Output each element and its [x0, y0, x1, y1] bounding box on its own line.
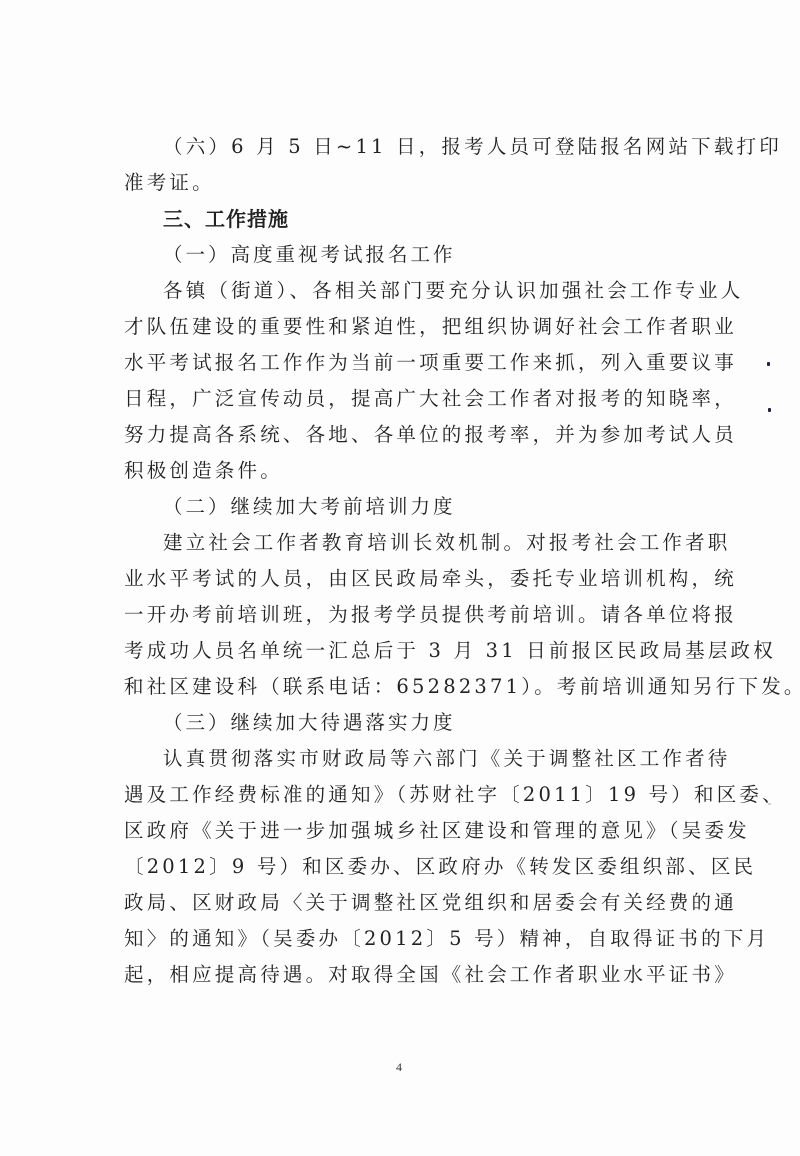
- para-1-line-4: 日程，广泛宣传动员，提高广大社会工作者对报考的知晓率，: [124, 381, 708, 417]
- para-2-line-4: 考成功人员名单统一汇总后于 3 月 31 日前报区民政局基层政权: [124, 633, 708, 669]
- para-3-line-6: 知〉的通知》（吴委办〔2012〕5 号）精神，自取得证书的下月: [124, 921, 708, 957]
- subheading-1: （一）高度重视考试报名工作: [163, 237, 708, 273]
- para-1-line-5: 努力提高各系统、各地、各单位的报考率，并为参加考试人员: [124, 417, 708, 453]
- para-3-line-5: 政局、区财政局〈关于调整社区党组织和居委会有关经费的通: [124, 885, 708, 921]
- para-2-line-1: 建立社会工作者教育培训长效机制。对报考社会工作者职: [163, 525, 708, 561]
- scan-mark-dot: [768, 408, 771, 412]
- heading-work-measures: 三、工作措施: [163, 201, 708, 237]
- page-number: 4: [396, 1060, 402, 1075]
- para-1-line-2: 才队伍建设的重要性和紧迫性，把组织协调好社会工作者职业: [124, 309, 708, 345]
- scan-mark-dot: [767, 362, 770, 366]
- scan-mark-faint: [768, 803, 771, 805]
- para-3-line-1: 认真贯彻落实市财政局等六部门《关于调整社区工作者待: [163, 741, 708, 777]
- para-3-line-3: 区政府《关于进一步加强城乡社区建设和管理的意见》（吴委发: [124, 813, 708, 849]
- para-3-line-2: 遇及工作经费标准的通知》（苏财社字〔2011〕19 号）和区委、: [124, 777, 708, 813]
- subheading-2: （二）继续加大考前培训力度: [163, 489, 708, 525]
- subheading-3: （三）继续加大待遇落实力度: [163, 705, 708, 741]
- para-1-line-6: 积极创造条件。: [124, 453, 708, 489]
- para-2-line-2: 业水平考试的人员，由区民政局牵头，委托专业培训机构，统: [124, 561, 708, 597]
- section-6-line-1: （六）6 月 5 日~11 日，报考人员可登陆报名网站下载打印: [163, 129, 708, 165]
- section-6-line-2: 准考证。: [124, 165, 708, 201]
- para-3-line-7: 起，相应提高待遇。对取得全国《社会工作者职业水平证书》: [124, 957, 708, 993]
- para-3-line-4: 〔2012〕9 号）和区委办、区政府办《转发区委组织部、区民: [124, 849, 708, 885]
- document-page: （六）6 月 5 日~11 日，报考人员可登陆报名网站下载打印 准考证。 三、工…: [0, 0, 800, 1156]
- para-2-line-3: 一开办考前培训班，为报考学员提供考前培训。请各单位将报: [124, 597, 708, 633]
- para-1-line-1: 各镇（街道）、各相关部门要充分认识加强社会工作专业人: [163, 273, 708, 309]
- para-2-line-5: 和社区建设科（联系电话：65282371）。考前培训通知另行下发。: [124, 669, 708, 705]
- para-1-line-3: 水平考试报名工作作为当前一项重要工作来抓，列入重要议事: [124, 345, 708, 381]
